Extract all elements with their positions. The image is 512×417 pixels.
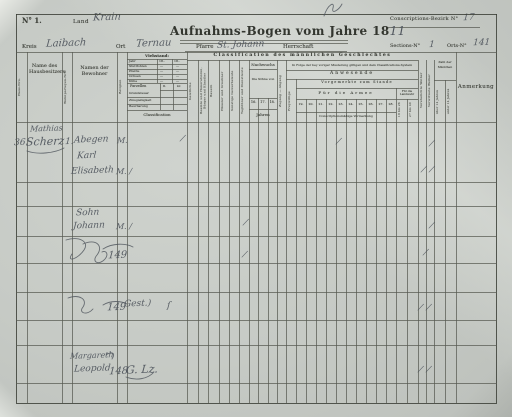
grid-line <box>434 80 456 81</box>
class-column-3: Bauern <box>210 62 218 120</box>
entry-religion-mark: M. <box>117 136 128 145</box>
nachwuchs-age: 16. <box>249 101 258 105</box>
grid-line <box>296 112 396 113</box>
row4-overline <box>103 244 133 249</box>
vorgemerkte-title: Vorgemerkte zum Stande <box>296 81 418 85</box>
male-classification-title: Classification des männlichen Geschlecht… <box>187 54 418 59</box>
zugang-abgang-column: Zugang — Abgang <box>279 62 286 120</box>
herrschaft-label: Herrschaft <box>283 44 313 50</box>
grid-line <box>62 52 63 403</box>
grid-line <box>316 99 317 403</box>
tally-mark: / <box>179 134 185 144</box>
entry-resident-name: Elisabeth <box>71 165 114 177</box>
viehstand-classification-label: Classification <box>127 113 187 117</box>
female-column-2: Verwitwete Weiber <box>428 61 434 120</box>
armee-bottom-caption: Conscriptionsmäßige Vormerkung <box>296 115 396 118</box>
grid-line <box>16 206 497 207</box>
armee-age: 20. <box>306 103 316 106</box>
grid-line <box>268 98 269 403</box>
viehstand-row-value: — <box>160 80 163 83</box>
grid-line <box>296 79 297 403</box>
grid-line <box>426 60 427 403</box>
viehstand-row-value: — <box>176 75 179 78</box>
grid-line <box>346 99 347 403</box>
viehstand-row-value: 18.. <box>174 60 180 63</box>
entry-religion-mark: M. / <box>116 222 133 232</box>
class-column-5: Sonstige Gewerbsleute <box>231 62 239 120</box>
nachwuchs-unit: Jahren <box>249 113 277 117</box>
grid-line <box>249 69 277 70</box>
grid-line <box>160 83 161 110</box>
class-column-6: Taglöhner und Dienstleute <box>241 62 249 120</box>
grid-line <box>249 98 277 99</box>
viehstand-title: Viehstand: <box>127 54 187 58</box>
class-column-1: Geistliche <box>189 62 197 120</box>
pfarre-value-handwritten: St. Johann <box>217 39 265 51</box>
parzellen-row-label: Zinsgiebigkeit <box>129 99 151 102</box>
grid-line <box>16 383 497 384</box>
grid-line <box>249 60 250 403</box>
nachwuchs-title: Nachwuchs <box>249 63 277 67</box>
entry-signature: G. Lz. <box>126 362 159 376</box>
grid-line <box>445 80 446 403</box>
column-head-haus-nr: Haus-Nro. <box>18 54 27 120</box>
grid-line <box>306 99 307 403</box>
grid-line <box>16 14 497 15</box>
grid-line <box>249 109 277 110</box>
nachwuchs-age: 17. <box>258 101 267 105</box>
armee-age: 27. <box>376 103 386 106</box>
grid-line <box>187 60 418 61</box>
ort-value-handwritten: Ternau <box>136 37 172 49</box>
parzellen-fl-label: fl. <box>163 85 166 88</box>
tally-mark: / <box>422 248 428 258</box>
grid-line <box>27 52 28 403</box>
sections-value-handwritten: 1 <box>429 40 435 50</box>
armee-title: Für die Armee <box>296 91 396 95</box>
armee-age: 26. <box>366 103 376 106</box>
armee-age: 19. <box>296 103 306 106</box>
entry-resident-name: Leopold <box>74 363 111 374</box>
grid-line <box>16 320 497 321</box>
orts-value-handwritten: 141 <box>473 38 491 49</box>
grid-line <box>456 52 457 403</box>
parzellen-kr-label: kr. <box>177 85 181 88</box>
armee-age: 28. <box>386 103 396 106</box>
grid-line <box>356 99 357 403</box>
grid-line <box>16 345 497 346</box>
year-handwritten: 11 <box>390 24 406 38</box>
viehstand-row-label: Kühe <box>129 80 137 83</box>
aufnahms-bogen-scan: N° 1. Land Krain Conscriptions-Bezirk N°… <box>0 0 512 417</box>
maedchen-sub-1: über 14 Jahren <box>436 83 444 120</box>
kreis-value-handwritten: Laibach <box>46 37 87 49</box>
form-title: Aufnahms-Bogen vom Jahre 1811 <box>170 24 365 38</box>
grid-line <box>172 59 173 83</box>
armee-age: 24. <box>346 103 356 106</box>
grid-line <box>326 99 327 403</box>
grid-line <box>286 60 287 403</box>
entry-owner-surname: Scherz <box>26 134 65 148</box>
viehstand-row-value: — <box>176 65 179 68</box>
grid-line <box>16 182 497 183</box>
column-head-religion: Religion <box>119 54 127 120</box>
female-column-1: Verehelichte Weiber <box>420 61 426 120</box>
grid-line <box>258 98 259 403</box>
freiwillige-column: Freywillige <box>288 81 296 121</box>
grid-line <box>376 99 377 403</box>
entry-stray-mark: ſ <box>167 301 171 311</box>
entry-owner-first-name: Mathias <box>30 123 63 133</box>
grid-line <box>396 88 397 403</box>
entry-resident-name: Margareth <box>70 350 114 361</box>
anmerkung-title: Anmerkung <box>456 84 496 90</box>
viehstand-row-label: Stuttfohlen <box>129 65 147 68</box>
anwesende-caption: In Folge der bey voriger Musterung gilti… <box>287 64 417 67</box>
viehstand-row-label: Ochsen <box>129 75 141 78</box>
sheet-number: N° 1. <box>22 17 42 25</box>
sections-label: Sections-N° <box>390 44 420 50</box>
tally-mark: / <box>242 218 248 228</box>
row4-flourish <box>83 242 107 263</box>
landwehr-sub-2: 27 bis 40 <box>409 100 416 120</box>
grid-line <box>208 60 209 403</box>
parzellen-row-label: Beurbarung <box>129 105 148 108</box>
grid-line <box>277 60 278 403</box>
viehstand-row-label: Pferde <box>129 70 139 73</box>
entry-resident-name: Johann <box>73 220 105 231</box>
entry-wohnpartei-number: 1. <box>65 137 74 147</box>
viehstand-row-value: 18.. <box>159 60 165 63</box>
grid-line <box>407 99 408 403</box>
parzellen-label: Parzellen <box>130 85 146 89</box>
armee-age: 25. <box>356 103 366 106</box>
grid-line <box>229 60 230 403</box>
entry-house-number: 36 <box>14 138 26 148</box>
grid-line <box>366 99 367 403</box>
viehstand-row-value: — <box>160 70 163 73</box>
landwehr-sub-1: 19 bis 26 <box>398 100 405 120</box>
viehstand-row-value: — <box>176 80 179 83</box>
entry-relation-label: Sohn <box>76 208 100 219</box>
form-title-text: Aufnahms-Bogen vom Jahre 18 <box>170 24 390 38</box>
land-label: Land <box>73 19 89 25</box>
anwesende-title: Anwesende <box>286 72 418 77</box>
ort-label: Ort <box>116 44 125 50</box>
entry-note: Gest.) <box>124 299 152 310</box>
maedchen-title: Zahl der Mädchen <box>434 60 456 69</box>
row4-flourish <box>66 239 86 259</box>
grid-line <box>187 52 188 403</box>
nachwuchs-age: 18. <box>268 101 277 105</box>
grid-line <box>16 292 497 293</box>
grid-line <box>173 83 174 110</box>
parzellen-row-label: Grundsteuer <box>129 92 149 95</box>
landwehr-title: Für die Landwehr <box>397 90 418 96</box>
tally-mark: / <box>241 250 247 260</box>
pfarre-label: Pfarre <box>196 44 214 50</box>
maedchen-sub-2: unter 14 Jahren <box>447 83 455 120</box>
grid-line <box>16 403 497 404</box>
kreis-label: Kreis <box>22 44 37 50</box>
armee-age: 21. <box>316 103 326 106</box>
viehstand-row-label: Jahr <box>129 60 136 63</box>
viehstand-row-value: — <box>176 70 179 73</box>
armee-age: 23. <box>336 103 346 106</box>
entry-resident-name: Abegen <box>74 134 109 145</box>
entry-religion-mark: M. / <box>116 167 133 177</box>
grid-line <box>386 99 387 403</box>
armee-age: 22. <box>326 103 336 106</box>
column-head-hausbesitzer: Name des Hausbesitzers <box>29 64 60 75</box>
grid-line <box>16 236 497 237</box>
class-column-2: Beamte und Honoratioren, Bürger und Küns… <box>200 62 208 120</box>
grid-line <box>418 60 419 403</box>
scherz-underline-flourish <box>27 148 64 153</box>
grid-line <box>127 110 187 111</box>
nachwuchs-subtitle: Die Söhne von <box>250 77 276 81</box>
grid-line <box>219 60 220 403</box>
column-head-bewohner: Namen der Bewohner <box>74 66 115 77</box>
grid-line <box>16 263 497 264</box>
viehstand-row-value: — <box>160 65 163 68</box>
column-head-wohnpartei: Wohnparteyen-Nro. <box>64 54 72 120</box>
grid-line <box>157 59 158 83</box>
class-column-4: Häusler und Inwohner <box>221 62 229 120</box>
orts-label: Orts-N° <box>447 44 467 50</box>
entry-resident-name: Karl <box>77 151 97 162</box>
viehstand-row-value: — <box>160 75 163 78</box>
conscription-bezirk-label: Conscriptions-Bezirk N° <box>390 17 458 23</box>
grid-line <box>16 122 497 123</box>
entry-number: 149 <box>108 250 128 262</box>
